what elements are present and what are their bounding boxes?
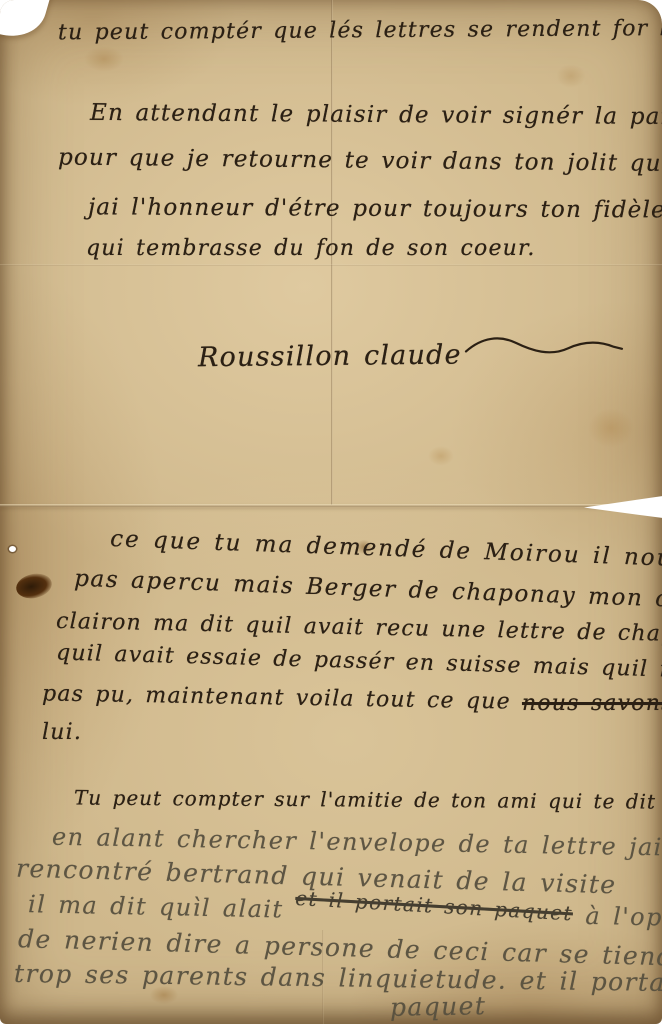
postscript-ink-line: Tu peut compter sur l'amitie de ton ami … — [74, 788, 662, 813]
foxing-spot — [556, 64, 586, 88]
pencil-line: trop ses parents dans linquietude. et il… — [14, 961, 662, 996]
paper-tear-right — [584, 494, 662, 520]
pencil-text: à l'opital ) je te recomande — [573, 902, 662, 938]
news-line: lui. — [42, 722, 82, 744]
pencil-line: paquet — [390, 993, 487, 1020]
news-line: pas apercu mais Berger de chaponay mon c… — [74, 568, 662, 616]
foxing-spot — [428, 446, 454, 466]
news-line: ce que tu ma demendé de Moirou il nous l… — [110, 528, 662, 575]
foxing-spot — [84, 46, 124, 72]
news-text: pas pu, maintenant voila tout ce que — [42, 681, 522, 714]
closing-line: qui tembrasse du fon de son coeur. — [86, 238, 536, 260]
news-line: clairon ma dit quil avait recu une lettr… — [56, 611, 662, 647]
fold-crease-horizontal-faint — [0, 264, 662, 266]
scan-background: { "colors": { "paper": "#cfb88c", "ink":… — [0, 0, 662, 1024]
news-line: quil avait essaie de passér en suisse ma… — [56, 642, 662, 683]
closing-line: pour que je retourne te voir dans ton jo… — [58, 146, 662, 176]
torn-corner-top-left — [0, 0, 53, 45]
closing-line: En attendant le plaisir de voir signér l… — [90, 102, 662, 129]
left-edge-hole — [9, 546, 16, 552]
letter-page: tu peut comptér que lés lettres se rende… — [0, 0, 662, 1024]
opening-line: tu peut comptér que lés lettres se rende… — [58, 18, 662, 45]
foxing-spot — [588, 408, 634, 448]
signature-flourish — [464, 334, 624, 364]
closing-line: jai l'honneur d'étre pour toujours ton f… — [88, 196, 662, 222]
news-line-corrected: pas pu, maintenant voila tout ce que nou… — [42, 683, 662, 718]
fold-crease-horizontal — [0, 504, 662, 507]
signature-name: Roussillon claude — [198, 339, 462, 373]
pencil-text: il ma dit quìl alait — [28, 890, 296, 924]
pencil-line: en alant chercher l'envelope de ta lettr… — [52, 825, 662, 860]
ink-blot-stain — [14, 571, 54, 602]
struck-text: nous savons — [522, 693, 662, 715]
signature-line: Roussillon claude — [198, 334, 624, 371]
